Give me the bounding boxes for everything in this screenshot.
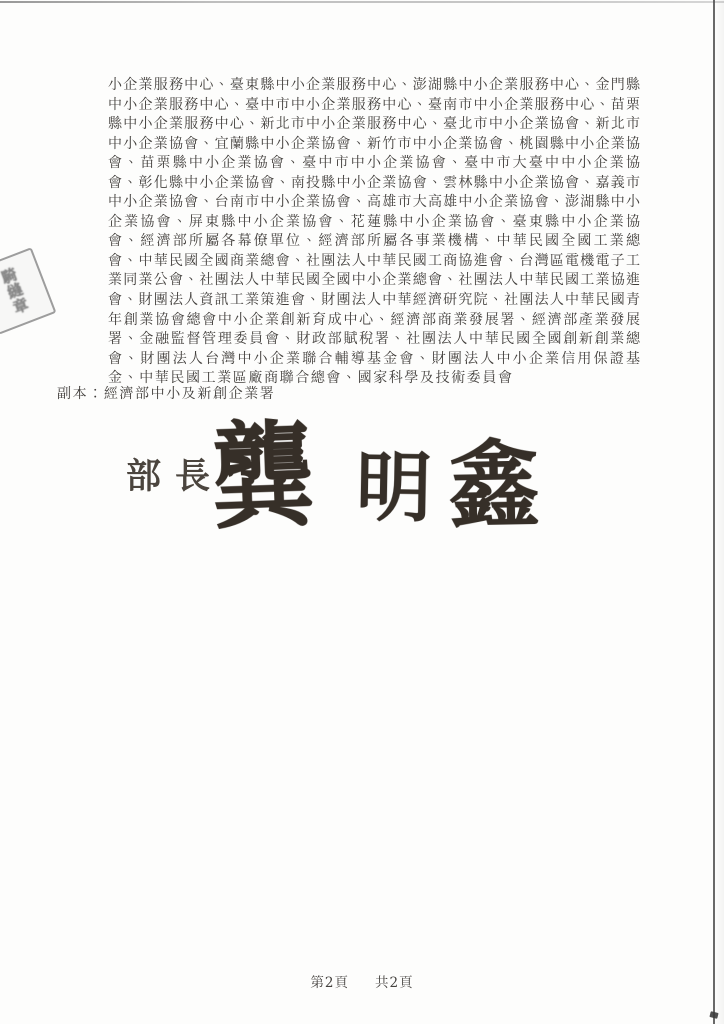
- signature-char: 龔: [210, 418, 316, 536]
- recipient-line: 會、彰化縣中小企業協會、南投縣中小企業協會、雲林縣中小企業協會、嘉義市: [108, 174, 641, 194]
- recipient-line: 會、經濟部所屬各幕僚單位、經濟部所屬各事業機構、中華民國全國工業總: [108, 232, 641, 252]
- page-total: 共2頁: [375, 971, 414, 991]
- copy-to-line: 副本：經濟部中小及新創企業署: [57, 383, 275, 403]
- seam-stamp: 騎縫章: [0, 247, 56, 335]
- signature-char: 鑫: [448, 437, 540, 533]
- recipient-line: 業同業公會、社團法人中華民國全國中小企業總會、社團法人中華民國工業協進: [108, 271, 641, 291]
- copy-to-label: 副本: [57, 386, 88, 402]
- recipient-line: 中小企業協會、台南市中小企業協會、高雄市大高雄中小企業協會、澎湖縣中小: [108, 193, 641, 213]
- page-footer: 第2頁 共2頁: [0, 971, 724, 991]
- copy-to-separator: ：: [88, 386, 104, 402]
- copy-to-value: 經濟部中小及新創企業署: [104, 386, 276, 402]
- recipient-line: 會、財團法人資訊工業策進會、財團法人中華經濟研究院、社團法人中華民國青: [108, 291, 641, 311]
- recipient-line: 中小企業服務中心、臺中市中小企業服務中心、臺南市中小企業服務中心、苗栗: [108, 96, 641, 116]
- recipient-line: 小企業服務中心、臺東縣中小企業服務中心、澎湖縣中小企業服務中心、金門縣: [108, 76, 641, 96]
- recipient-line: 署、金融監督管理委員會、財政部賦稅署、社團法人中華民國全國創新創業總: [108, 330, 641, 350]
- recipient-line: 會、中華民國全國商業總會、社團法人中華民國工商協進會、台灣區電機電子工: [108, 252, 641, 272]
- scan-corner-artifact: [709, 1011, 718, 1019]
- minister-title: 部長: [126, 449, 224, 499]
- recipient-line: 會、財團法人台灣中小企業聯合輔導基金會、財團法人中小企業信用保證基: [108, 350, 641, 370]
- seam-stamp-text: 騎縫章: [0, 265, 33, 317]
- scan-right-shade: [715, 0, 724, 1024]
- recipient-line: 年創業協會總會中小企業創新育成中心、經濟部商業發展署、經濟部產業發展: [108, 311, 641, 331]
- recipient-line: 會、苗栗縣中小企業協會、臺中市中小企業協會、臺中市大臺中中小企業協: [108, 154, 641, 174]
- scan-top-edge-line: [0, 1, 724, 3]
- recipient-line: 中小企業協會、宜蘭縣中小企業協會、新竹市中小企業協會、桃園縣中小企業協: [108, 135, 641, 155]
- recipient-line: 縣中小企業服務中心、新北市中小企業服務中心、臺北市中小企業協會、新北市: [108, 115, 641, 135]
- recipient-line: 企業協會、屏東縣中小企業協會、花蓮縣中小企業協會、臺東縣中小企業協: [108, 213, 641, 233]
- recipient-list: 小企業服務中心、臺東縣中小企業服務中心、澎湖縣中小企業服務中心、金門縣 中小企業…: [108, 76, 641, 389]
- page-number: 第2頁: [310, 971, 349, 991]
- scanned-document-page: 騎縫章 小企業服務中心、臺東縣中小企業服務中心、澎湖縣中小企業服務中心、金門縣 …: [0, 0, 724, 1024]
- scan-right-edge-line: [713, 0, 715, 1024]
- signature-char: 明: [355, 449, 432, 526]
